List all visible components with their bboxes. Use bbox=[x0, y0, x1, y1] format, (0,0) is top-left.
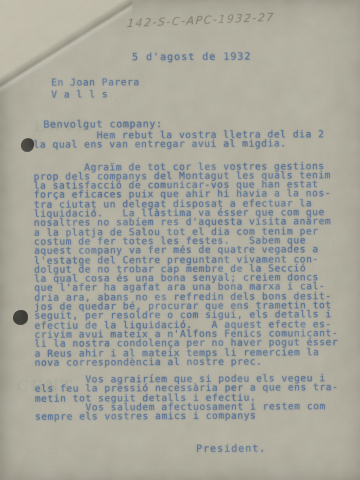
recipient-address: En Joan Parera V a l l s bbox=[51, 77, 140, 100]
salutation: Benvolgut company: bbox=[43, 119, 162, 131]
paragraph-3: Vos agrairíem que si podeu els vegeu i e… bbox=[35, 374, 357, 422]
typewritten-letter: 5 d'agost de 1932 En Joan Parera V a l l… bbox=[0, 0, 360, 480]
paragraph-1: Hem rebut la vostra lletra del dia 2 la … bbox=[33, 130, 355, 150]
letter-page: ENTR CENT 142-S-C-APC-1932-27 5 d'agost … bbox=[0, 0, 360, 480]
recipient-name: En Joan Parera bbox=[51, 77, 140, 88]
letter-date: 5 d'agost de 1932 bbox=[132, 52, 251, 64]
signature-title: President. bbox=[196, 444, 266, 455]
recipient-city: V a l l s bbox=[51, 89, 108, 100]
letter-body: Hem rebut la vostra lletra del dia 2 la … bbox=[33, 130, 357, 422]
paragraph-2: Agraïm de tot cor les vostres gestions p… bbox=[34, 162, 357, 368]
